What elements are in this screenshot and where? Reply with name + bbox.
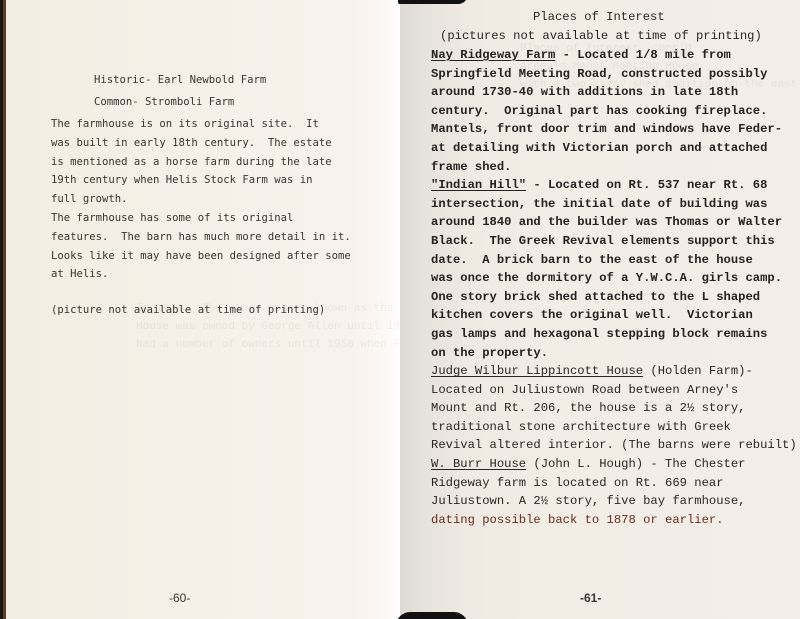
left-paragraph: The farmhouse is on its original site. I…	[51, 115, 351, 284]
page-number-left: -60-	[169, 591, 190, 605]
entry-indian-hill: "Indian Hill" - Located on Rt. 537 near …	[431, 176, 797, 362]
text-line: The farmhouse is on its original site. I…	[51, 115, 351, 134]
text-line: - Located on Rt. 537 near Rt. 68	[526, 178, 767, 192]
text-line: 19th century when Helis Stock Farm was i…	[51, 171, 351, 190]
text-line: One story brick shed attached to the L s…	[431, 288, 797, 307]
right-page: Places of Interest, cont'd Arney's Mount…	[400, 0, 800, 619]
text-line: at detailing with Victorian porch and at…	[431, 139, 797, 158]
entry-nay-ridgeway-farm: Nay Ridgeway Farm - Located 1/8 mile fro…	[431, 46, 797, 176]
text-line: Springfield Meeting Road, constructed po…	[431, 65, 797, 84]
text-line: (John L. Hough) - The Chester	[526, 457, 745, 471]
text-line: full growth.	[51, 190, 351, 209]
text-line: Revival altered interior. (The barns wer…	[431, 436, 797, 455]
entry-name: "Indian Hill"	[431, 178, 526, 192]
page-subtitle: (pictures not available at time of print…	[440, 27, 762, 46]
heading-common: Common- Stromboli Farm	[94, 93, 234, 112]
text-line: is mentioned as a horse farm during the …	[51, 153, 351, 172]
text-line: gas lamps and hexagonal stepping block r…	[431, 325, 797, 344]
text-line: Mount and Rt. 206, the house is a 2½ sto…	[431, 399, 797, 418]
entries-block: Nay Ridgeway Farm - Located 1/8 mile fro…	[431, 46, 797, 529]
text-line: (Holden Farm)-	[643, 364, 753, 378]
text-line: dating possible back to 1878 or earlier.	[431, 511, 797, 530]
text-line: Juliustown. A 2½ story, five bay farmhou…	[431, 492, 797, 511]
text-line: features. The barn has much more detail …	[51, 228, 351, 247]
book-spine-top	[398, 0, 468, 4]
heading-historic: Historic- Earl Newbold Farm	[94, 71, 266, 90]
text-line: around 1840 and the builder was Thomas o…	[431, 213, 797, 232]
text-line: around 1730-40 with additions in late 18…	[431, 83, 797, 102]
entry-name: W. Burr House	[431, 457, 526, 471]
text-line: Located on Juliustown Road between Arney…	[431, 381, 797, 400]
text-line: - Located 1/8 mile from	[555, 48, 731, 62]
text-line: at Helis.	[51, 265, 351, 284]
text-line: frame shed.	[431, 158, 797, 177]
text-line: Ridgeway farm is located on Rt. 669 near	[431, 474, 797, 493]
page-title: Places of Interest	[533, 8, 665, 27]
text-line: was built in early 18th century. The est…	[51, 134, 351, 153]
book-spine-bottom	[396, 612, 468, 619]
text-line: Black. The Greek Revival elements suppor…	[431, 232, 797, 251]
picture-note: (picture not available at time of printi…	[51, 301, 325, 320]
left-page: In 1960. The other house, known as the A…	[3, 0, 400, 619]
text-line: kitchen covers the original well. Victor…	[431, 306, 797, 325]
text-line: Mantels, front door trim and windows hav…	[431, 120, 797, 139]
book-spread: In 1960. The other house, known as the A…	[0, 0, 800, 619]
text-line: The farmhouse has some of its original	[51, 209, 351, 228]
text-line: traditional stone architecture with Gree…	[431, 418, 797, 437]
text-line: was once the dormitory of a Y.W.C.A. gir…	[431, 269, 797, 288]
entry-judge-wilbur-lippincott-house: Judge Wilbur Lippincott House (Holden Fa…	[431, 362, 797, 455]
text-line: intersection, the initial date of buildi…	[431, 195, 797, 214]
page-number-right: -61-	[580, 591, 601, 605]
text-line: Looks like it may have been designed aft…	[51, 247, 351, 266]
entry-name: Nay Ridgeway Farm	[431, 48, 555, 62]
text-line: century. Original part has cooking firep…	[431, 102, 797, 121]
entry-w-burr-house: W. Burr House (John L. Hough) - The Ches…	[431, 455, 797, 529]
text-line: on the property.	[431, 344, 797, 363]
text-line: date. A brick barn to the east of the ho…	[431, 251, 797, 270]
entry-name: Judge Wilbur Lippincott House	[431, 364, 643, 378]
